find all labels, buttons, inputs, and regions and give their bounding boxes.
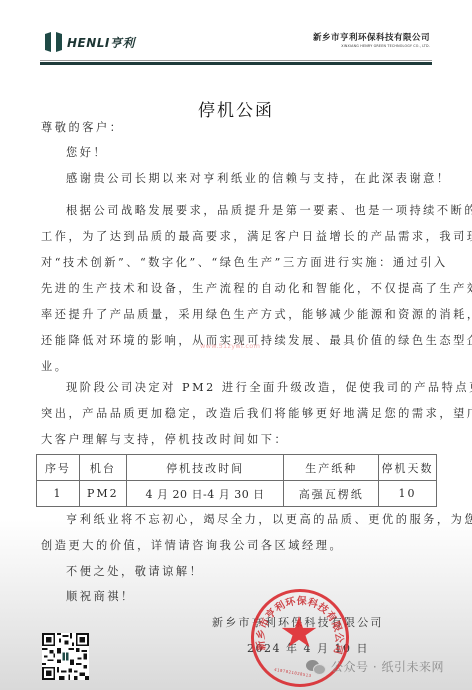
paragraph-commitment-line-2: 创造更大的价值，详情请咨询我公司各区域经理。 xyxy=(41,533,433,559)
header-divider-thin xyxy=(40,60,432,61)
cell-shutdown-days: 10 xyxy=(379,481,437,507)
logo-mark-icon xyxy=(45,32,62,52)
column-header-paper-grade: 生产纸种 xyxy=(284,455,379,481)
paragraph-upgrade-line-3: 大客户理解与支持，停机技改时间如下： xyxy=(41,427,433,453)
paragraph-strategy-line-4: 先进的生产技术和设备，生产流程的自动化和智能化，不仅提高了生产效 xyxy=(41,276,433,302)
table-row: 1 PM2 4 月 20 日-4 月 30 日 高强瓦楞纸 10 xyxy=(37,481,437,507)
wechat-account-label: 公众号 · 纸引未来网 xyxy=(331,658,444,675)
paragraph-strategy-line-6: 还能降低对环境的影响，从而实现可持续发展、最具价值的绿色生态型企 xyxy=(41,328,433,354)
paragraph-thanks: 感谢贵公司长期以来对亨利纸业的信赖与支持，在此深表谢意！ xyxy=(41,166,433,192)
apology-line: 不便之处，敬请谅解！ xyxy=(41,559,433,585)
shutdown-schedule-table: 序号 机台 停机技改时间 生产纸种 停机天数 1 PM2 4 月 20 日-4 … xyxy=(36,454,437,507)
logo-text: HENLI亨利 xyxy=(67,34,135,51)
paragraph-strategy-line-5: 率还提升了产品质量，采用绿色生产方式，能够减少能源和资源的消耗， xyxy=(41,302,433,328)
paragraph-upgrade-line-2: 突出，产品品质更加稳定，改造后我们将能够更好地满足您的需求，望广 xyxy=(41,401,433,427)
playback-time-current xyxy=(14,685,74,690)
salutation: 尊敬的客户： xyxy=(41,115,433,141)
paragraph-strategy-line-2: 工作，为了达到品质的最高要求，满足客户日益增长的产品需求，我司现 xyxy=(41,224,433,250)
column-header-machine: 机台 xyxy=(79,455,126,481)
qr-code[interactable] xyxy=(42,633,89,680)
wechat-icon xyxy=(306,659,326,675)
paragraph-strategy-line-3: 对“技术创新”、“数字化”、“绿色生产”三方面进行实施：通过引入 xyxy=(41,250,433,276)
cell-index: 1 xyxy=(37,481,80,507)
qr-code-icon xyxy=(42,633,89,680)
cell-machine: PM2 xyxy=(79,481,126,507)
column-header-shutdown-days: 停机天数 xyxy=(379,455,437,481)
company-name-en: XINXIANG HENRY GREEN TECHNOLOGY CO., LTD… xyxy=(341,44,430,48)
site-watermark: www.51zywl.com xyxy=(200,342,260,350)
column-header-index: 序号 xyxy=(37,455,80,481)
header-divider-thick xyxy=(40,62,432,65)
closing-line: 顺祝商祺！ xyxy=(41,584,433,610)
table-header-row: 序号 机台 停机技改时间 生产纸种 停机天数 xyxy=(37,455,437,481)
playback-time-total xyxy=(398,685,458,690)
column-header-shutdown-period: 停机技改时间 xyxy=(126,455,284,481)
cell-paper-grade: 高强瓦楞纸 xyxy=(284,481,379,507)
greeting: 您好！ xyxy=(41,140,433,166)
cell-shutdown-period: 4 月 20 日-4 月 30 日 xyxy=(126,481,284,507)
paragraph-upgrade-line-1: 现阶段公司决定对 PM2 进行全面升级改造，促使我司的产品特点更加 xyxy=(41,375,433,401)
paragraph-commitment-line-1: 亨利纸业将不忘初心，竭尽全力，以更高的品质、更优的服务，为您 xyxy=(41,507,433,533)
company-logo: HENLI亨利 xyxy=(45,32,135,52)
letter-page: HENLI亨利 新乡市亨利环保科技有限公司 XINXIANG HENRY GRE… xyxy=(0,0,472,690)
wechat-account-watermark: 公众号 · 纸引未来网 xyxy=(306,658,444,675)
paragraph-strategy-line-1: 根据公司战略发展要求，品质提升是第一要素、也是一项持续不断的 xyxy=(41,198,433,224)
company-name-cn: 新乡市亨利环保科技有限公司 xyxy=(313,31,430,43)
